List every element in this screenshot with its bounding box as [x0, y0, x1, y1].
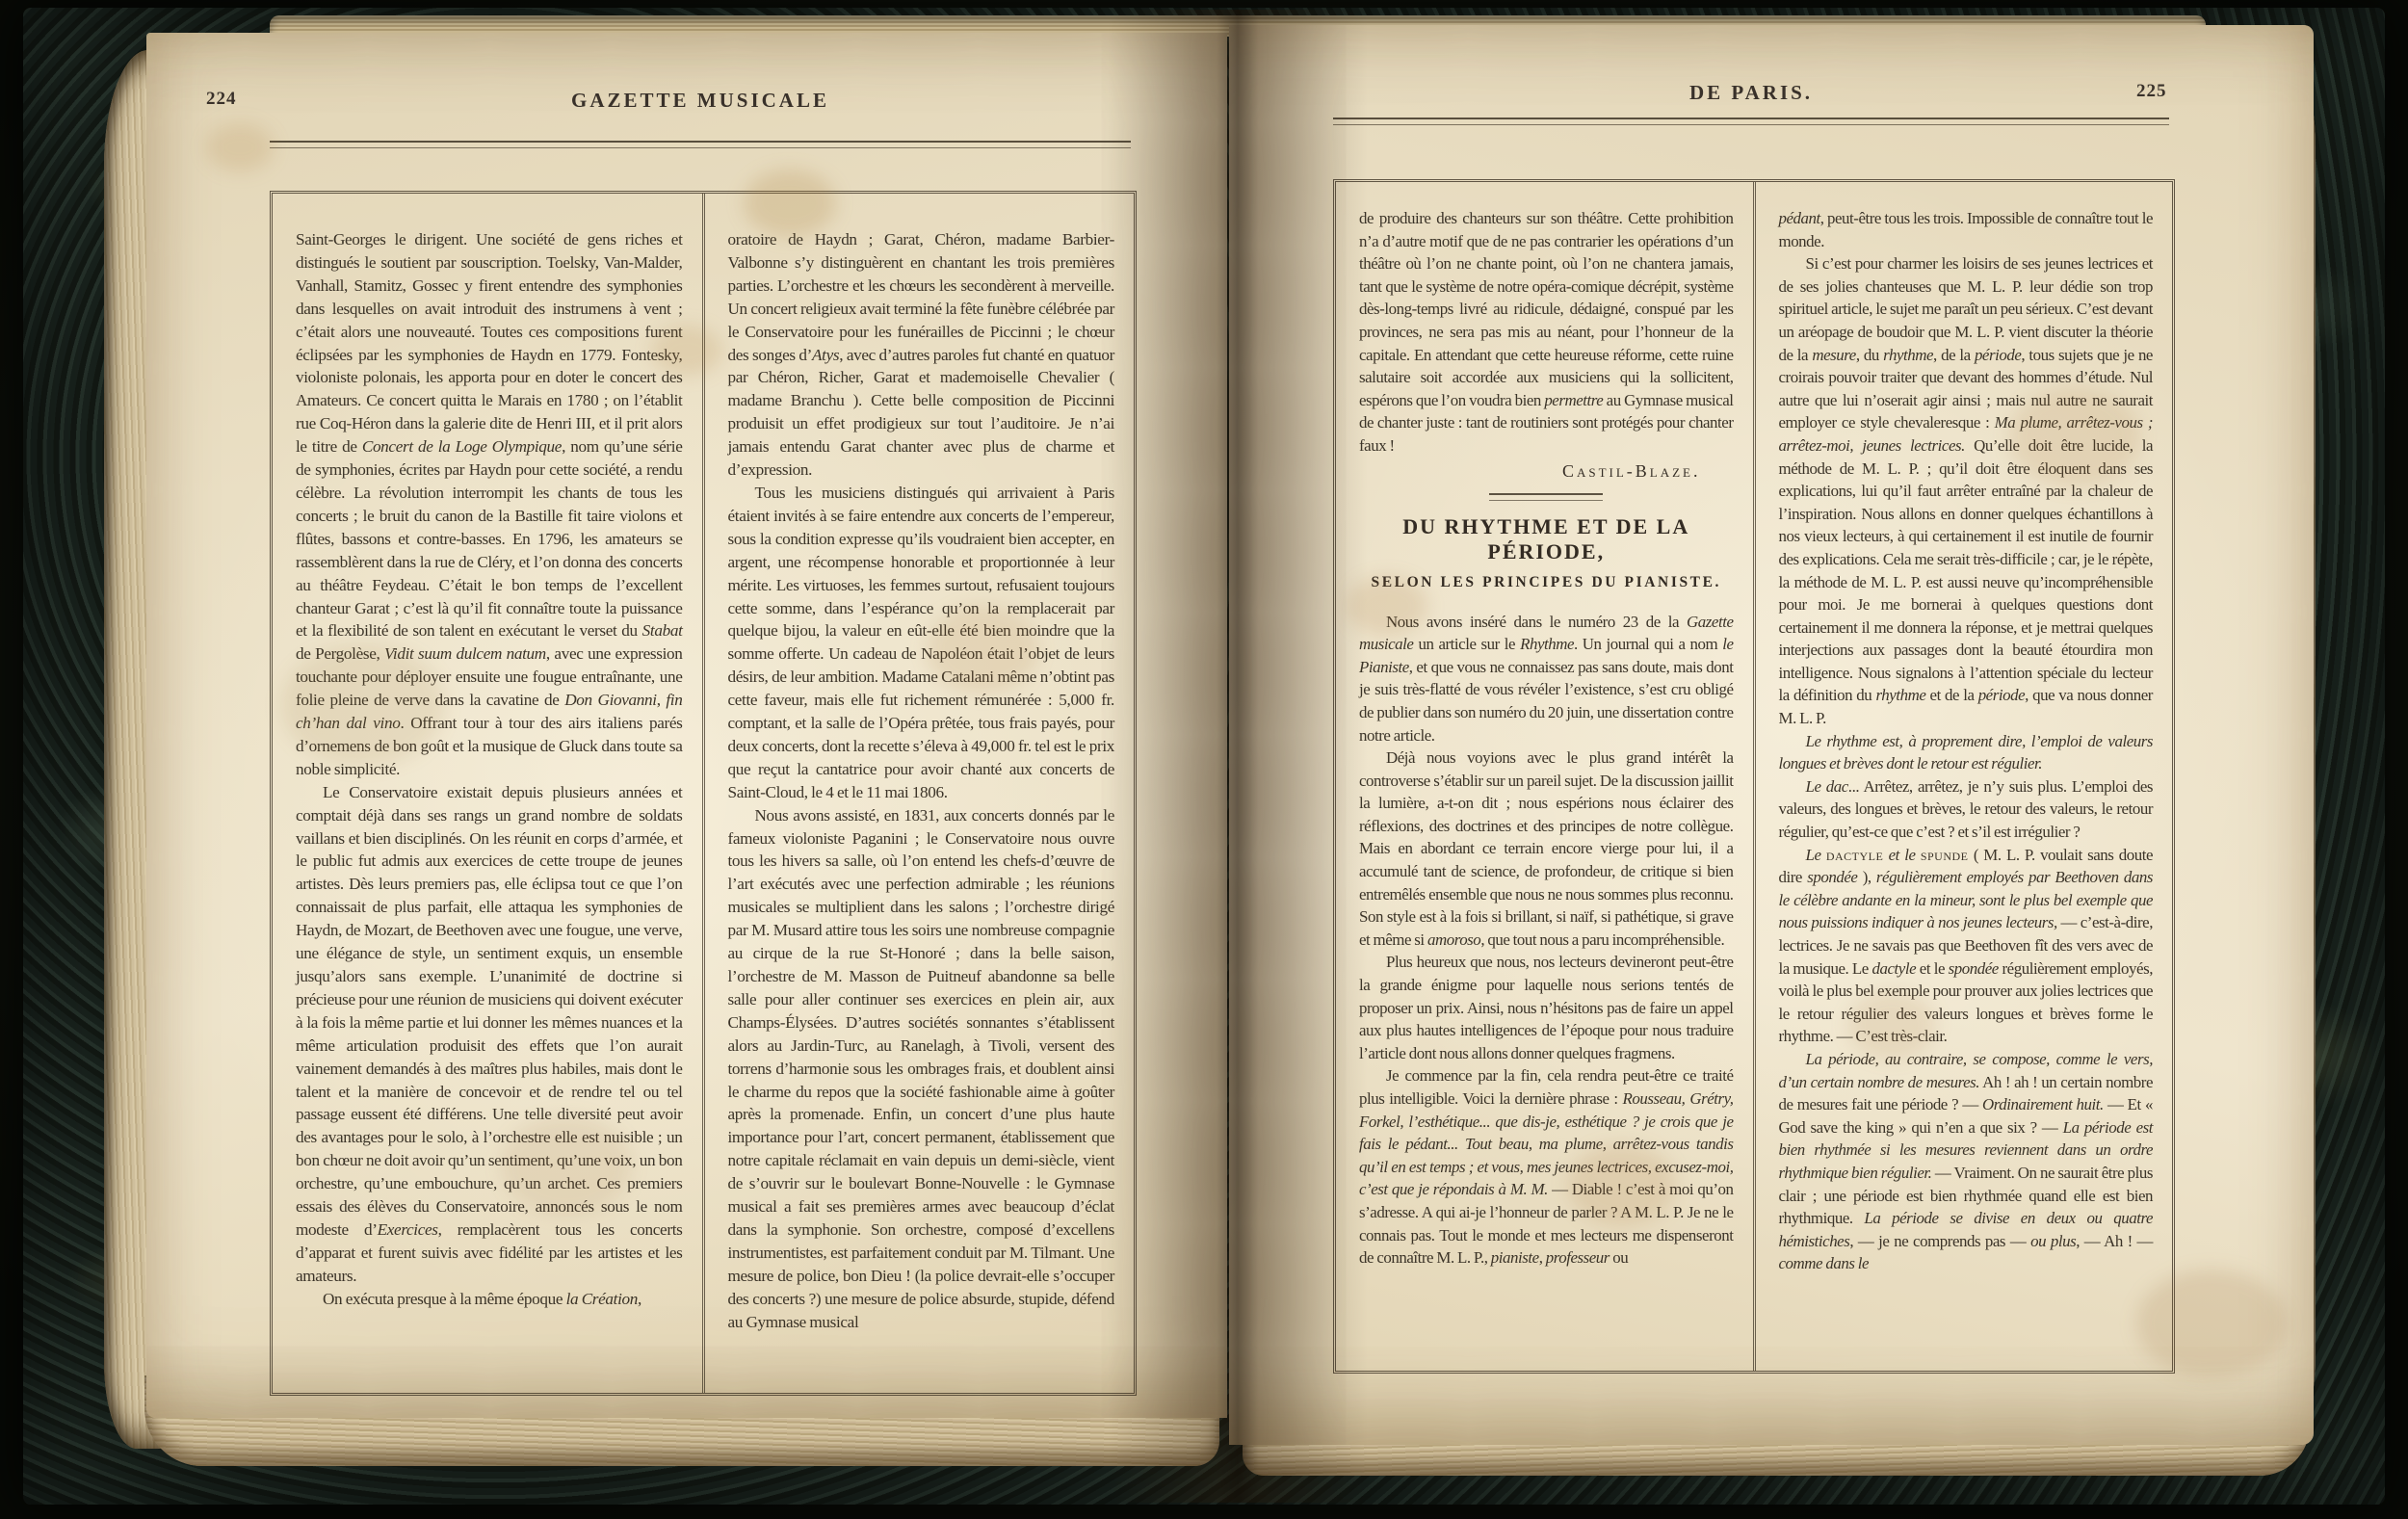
- paragraph: Je commence par la fin, cela rendra peut…: [1359, 1064, 1734, 1269]
- paragraph: Saint-Georges le dirigent. Une société d…: [296, 228, 683, 781]
- text-column: de produire des chanteurs sur son théâtr…: [1336, 182, 1753, 1371]
- paragraph: Le Conservatoire existait depuis plusieu…: [296, 781, 683, 1288]
- paragraph: Déjà nous voyions avec le plus grand int…: [1359, 746, 1734, 951]
- paragraph: oratoire de Haydn ; Garat, Chéron, madam…: [728, 228, 1115, 482]
- text-frame-right: de produire des chanteurs sur son théâtr…: [1333, 179, 2175, 1374]
- paragraph: Tous les musiciens distingués qui arriva…: [728, 482, 1115, 804]
- running-header-left: GAZETTE MUSICALE: [270, 89, 1131, 113]
- page-left: 224 GAZETTE MUSICALE Saint-Georges le di…: [146, 33, 1227, 1418]
- paragraph: On exécuta presque à la même époque la C…: [296, 1288, 683, 1311]
- running-header-right: DE PARIS.: [1333, 81, 2169, 105]
- paragraph: Nous avons inséré dans le numéro 23 de l…: [1359, 611, 1734, 747]
- paragraph: Nous avons assisté, en 1831, aux concert…: [728, 804, 1115, 1334]
- paragraph: de produire des chanteurs sur son théâtr…: [1359, 207, 1734, 458]
- paragraph: pédant, peut-être tous les trois. Imposs…: [1779, 207, 2154, 252]
- page-number-left: 224: [206, 89, 237, 110]
- header-rule-left: [270, 141, 1131, 148]
- text-column: oratoire de Haydn ; Garat, Chéron, madam…: [702, 194, 1135, 1393]
- paragraph: Le dactyle et le spunde ( M. L. P. voula…: [1779, 844, 2154, 1048]
- section-divider-rule: [1489, 493, 1603, 501]
- page-number-right: 225: [2136, 81, 2167, 102]
- text-column: pédant, peut-être tous les trois. Imposs…: [1753, 182, 2173, 1371]
- paragraph: Le rhythme est, à proprement dire, l’emp…: [1779, 730, 2154, 775]
- paragraph: Si c’est pour charmer les loisirs de ses…: [1779, 252, 2154, 729]
- header-rule-right: [1333, 118, 2169, 125]
- text-column: Saint-Georges le dirigent. Une société d…: [273, 194, 702, 1393]
- paragraph: Le dac... Arrêtez, arrêtez, je n’y suis …: [1779, 775, 2154, 844]
- paragraph: La période, au contraire, se compose, co…: [1779, 1048, 2154, 1275]
- page-right: DE PARIS. 225 de produire des chanteurs …: [1229, 25, 2314, 1445]
- article-subtitle: SELON LES PRINCIPES DU PIANISTE.: [1359, 574, 1734, 591]
- book-photo-scene: 224 GAZETTE MUSICALE Saint-Georges le di…: [0, 0, 2408, 1519]
- text-frame-left: Saint-Georges le dirigent. Une société d…: [270, 191, 1137, 1396]
- paragraph: Plus heureux que nous, nos lecteurs devi…: [1359, 951, 1734, 1064]
- article-signature: Castil-Blaze.: [1359, 461, 1734, 482]
- article-title: DU RHYTHME ET DE LA PÉRIODE,: [1359, 514, 1734, 564]
